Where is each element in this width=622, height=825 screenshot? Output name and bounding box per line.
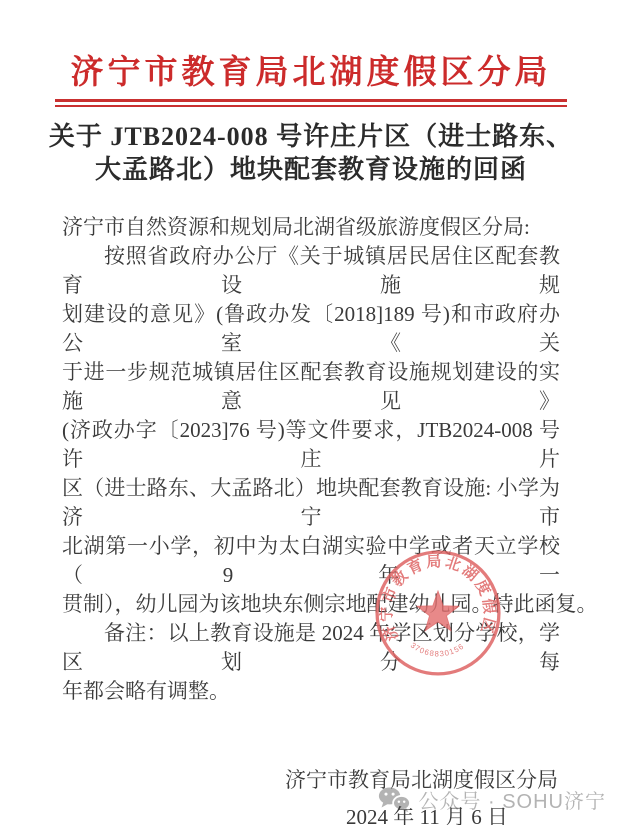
signature-block: 济宁市教育局北湖度假区分局 2024 年 11 月 6 日 [0, 766, 622, 825]
body-line: 按照省政府办公厅《关于城镇居民居住区配套教育设施规 [62, 242, 560, 300]
signature-org-name: 济宁市教育局北湖度假区分局 [0, 766, 622, 795]
remark-line-2: 年都会略有调整。 [62, 677, 560, 706]
document-title: 关于 JTB2024-008 号许庄片区（进士路东、 大孟路北）地块配套教育设施… [40, 120, 582, 186]
body-line: 划建设的意见》(鲁政办发〔2018]189 号)和市政府办公室《关 [62, 300, 560, 358]
salutation-line: 济宁市自然资源和规划局北湖省级旅游度假区分局: [62, 213, 560, 242]
body-line: 于进一步规范城镇居住区配套教育设施规划建设的实施意见》 [62, 358, 560, 416]
body-line: (济政办字〔2023]76 号)等文件要求，JTB2024-008 号许庄片 [62, 416, 560, 474]
official-seal-stamp-icon: 济宁市教育局北湖度假区分局 3706883015621 [374, 549, 502, 677]
seal-star-icon [417, 591, 458, 630]
body-line: 区（进士路东、大孟路北）地块配套教育设施: 小学为济宁市 [62, 474, 560, 532]
letterhead-divider-rule [55, 99, 567, 107]
document-title-line-1: 关于 JTB2024-008 号许庄片区（进士路东、 [40, 120, 582, 153]
signature-date: 2024 年 11 月 6 日 [0, 803, 622, 825]
letterhead-org-name: 济宁市教育局北湖度假区分局 [36, 52, 586, 95]
document-title-line-2: 大孟路北）地块配套教育设施的回函 [40, 153, 582, 186]
official-letter-page: 济宁市教育局北湖度假区分局 关于 JTB2024-008 号许庄片区（进士路东、… [0, 0, 622, 825]
